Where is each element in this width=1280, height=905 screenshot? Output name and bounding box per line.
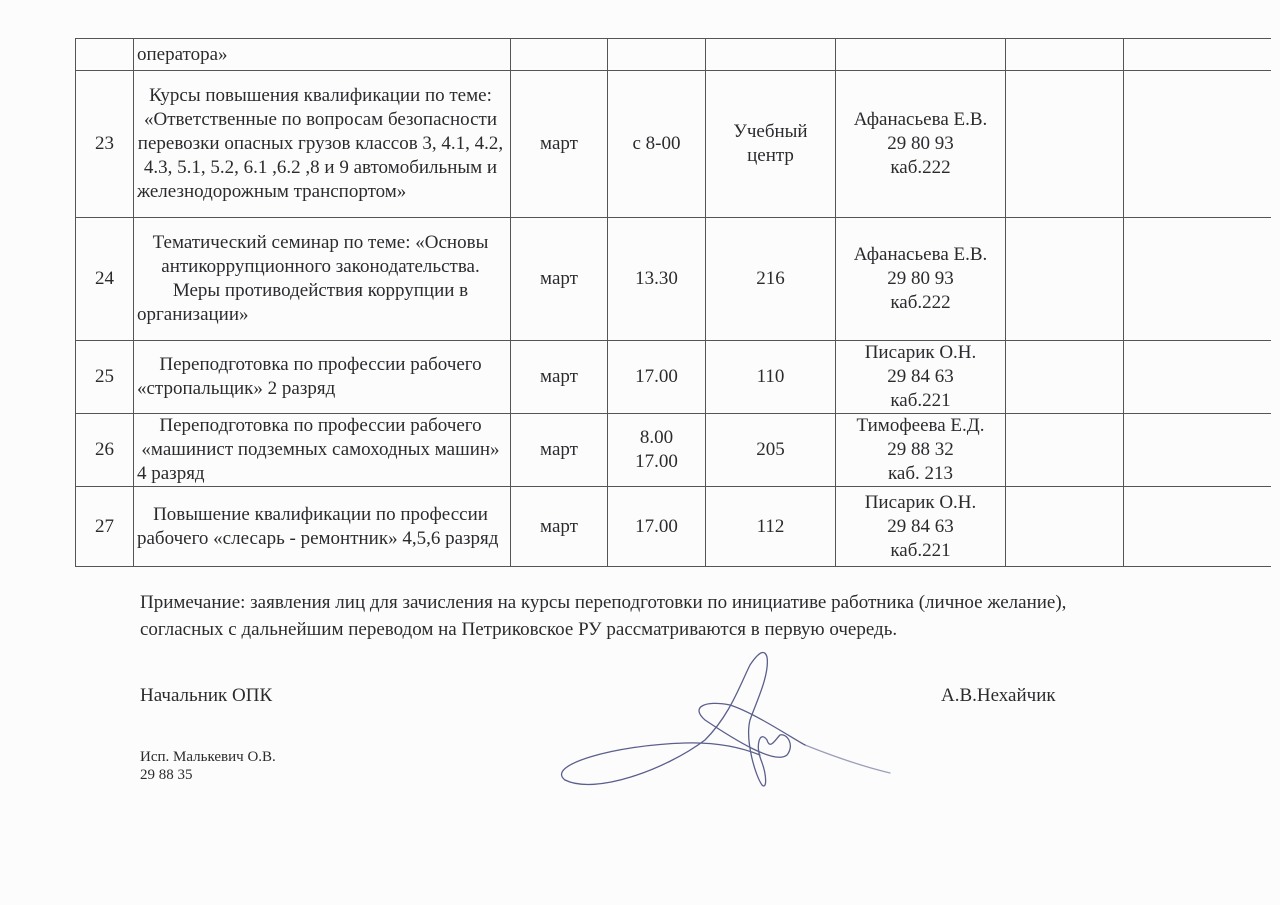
event-month: март (511, 487, 608, 567)
table-row: 24Тематический семинар по теме: «Основы … (76, 218, 1271, 341)
responsible-line: 29 88 32 (836, 438, 1005, 462)
responsible-line: Писарик О.Н. (836, 341, 1005, 365)
empty-cell (1006, 414, 1124, 487)
row-number (76, 39, 134, 71)
empty-cell (1124, 487, 1271, 567)
responsible-line: 29 80 93 (836, 132, 1005, 156)
responsible-person: Писарик О.Н.29 84 63каб.221 (836, 487, 1006, 567)
event-time: 13.30 (608, 218, 706, 341)
empty-cell (1006, 218, 1124, 341)
event-time: 17.00 (608, 341, 706, 414)
signatory-name: А.В.Нехайчик (941, 685, 1056, 707)
empty-cell (1124, 71, 1271, 218)
row-number: 23 (76, 71, 134, 218)
event-place: Учебныйцентр (706, 71, 836, 218)
event-place: 112 (706, 487, 836, 567)
responsible-line: Писарик О.Н. (836, 491, 1005, 515)
responsible-line: каб.222 (836, 156, 1005, 180)
empty-cell (1006, 39, 1124, 71)
time-line: 17.00 (608, 450, 705, 474)
time-line: 13.30 (608, 267, 705, 291)
place-line: центр (706, 144, 835, 168)
event-month: март (511, 414, 608, 487)
training-plan-table: оператора»23Курсы повышения квалификации… (75, 38, 1271, 567)
time-line: 17.00 (608, 515, 705, 539)
event-title: Повышение квалификации по профессии рабо… (134, 487, 511, 567)
row-number: 27 (76, 487, 134, 567)
responsible-person: Афанасьева Е.В.29 80 93каб.222 (836, 218, 1006, 341)
responsible-person (836, 39, 1006, 71)
event-title: Переподготовка по профессии рабочего «ст… (134, 341, 511, 414)
empty-cell (1124, 39, 1271, 71)
event-title: Курсы повышения квалификации по теме: «О… (134, 71, 511, 218)
time-line: 17.00 (608, 365, 705, 389)
event-month: март (511, 341, 608, 414)
event-time (608, 39, 706, 71)
time-line: 8.00 (608, 426, 705, 450)
table-row: 27Повышение квалификации по профессии ра… (76, 487, 1271, 567)
event-place: 205 (706, 414, 836, 487)
responsible-line: Тимофеева Е.Д. (836, 414, 1005, 438)
table-row: 25Переподготовка по профессии рабочего «… (76, 341, 1271, 414)
row-number: 24 (76, 218, 134, 341)
responsible-person: Тимофеева Е.Д.29 88 32каб. 213 (836, 414, 1006, 487)
event-time: 17.00 (608, 487, 706, 567)
responsible-person: Афанасьева Е.В.29 80 93каб.222 (836, 71, 1006, 218)
empty-cell (1124, 414, 1271, 487)
table-row: оператора» (76, 39, 1271, 71)
event-place (706, 39, 836, 71)
note-line-1: Примечание: заявления лиц для зачисления… (140, 589, 1220, 616)
responsible-line: Афанасьева Е.В. (836, 108, 1005, 132)
place-line: 110 (706, 365, 835, 389)
place-line: 216 (706, 267, 835, 291)
note: Примечание: заявления лиц для зачисления… (140, 589, 1220, 643)
empty-cell (1006, 341, 1124, 414)
time-line: с 8-00 (608, 132, 705, 156)
responsible-line: каб.221 (836, 389, 1005, 413)
event-title: Переподготовка по профессии рабочего «ма… (134, 414, 511, 487)
responsible-line: каб.222 (836, 291, 1005, 315)
handwritten-signature-icon (555, 645, 895, 795)
row-number: 25 (76, 341, 134, 414)
table-row: 23Курсы повышения квалификации по теме: … (76, 71, 1271, 218)
responsible-line: 29 84 63 (836, 515, 1005, 539)
note-line-2: согласных с дальнейшим переводом на Петр… (140, 616, 1220, 643)
responsible-line: каб. 213 (836, 462, 1005, 486)
empty-cell (1124, 341, 1271, 414)
event-time: 8.0017.00 (608, 414, 706, 487)
event-month (511, 39, 608, 71)
event-month: март (511, 71, 608, 218)
place-line: Учебный (706, 120, 835, 144)
executor-info: Исп. Малькевич О.В. 29 88 35 (140, 748, 276, 784)
event-place: 110 (706, 341, 836, 414)
row-number: 26 (76, 414, 134, 487)
event-month: март (511, 218, 608, 341)
responsible-person: Писарик О.Н.29 84 63каб.221 (836, 341, 1006, 414)
place-line: 205 (706, 438, 835, 462)
signatory-position: Начальник ОПК (140, 685, 272, 707)
empty-cell (1124, 218, 1271, 341)
event-time: с 8-00 (608, 71, 706, 218)
executor-phone: 29 88 35 (140, 766, 276, 784)
event-place: 216 (706, 218, 836, 341)
responsible-line: 29 84 63 (836, 365, 1005, 389)
executor-name: Исп. Малькевич О.В. (140, 748, 276, 766)
table-row: 26Переподготовка по профессии рабочего «… (76, 414, 1271, 487)
event-title: оператора» (134, 39, 511, 71)
empty-cell (1006, 71, 1124, 218)
responsible-line: каб.221 (836, 539, 1005, 563)
place-line: 112 (706, 515, 835, 539)
empty-cell (1006, 487, 1124, 567)
responsible-line: Афанасьева Е.В. (836, 243, 1005, 267)
event-title: Тематический семинар по теме: «Основы ан… (134, 218, 511, 341)
responsible-line: 29 80 93 (836, 267, 1005, 291)
